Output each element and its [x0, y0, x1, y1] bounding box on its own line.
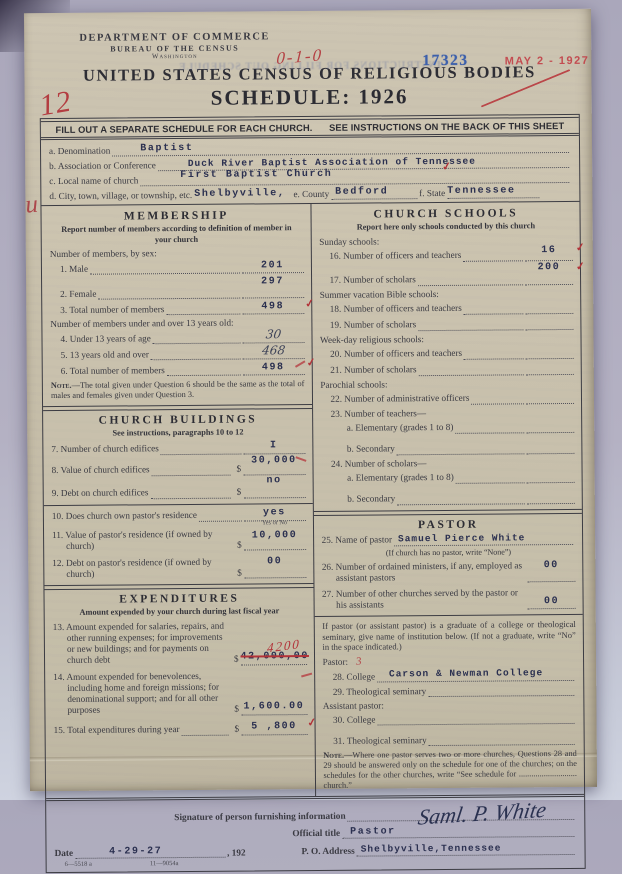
dotted-leader — [418, 318, 523, 331]
graduate-note: If pastor (or assistant pastor) is a gra… — [322, 619, 576, 652]
q26-answer: 00 — [527, 569, 575, 582]
banner-sentence-2: SEE INSTRUCTIONS ON THE BACK OF THIS SHE… — [329, 121, 564, 133]
question-3: 3. Total number of members 498 ✓ — [60, 301, 304, 316]
q25-value: Samuel Pierce White — [398, 532, 525, 545]
q24b-label: b. Secondary — [347, 494, 395, 506]
received-date-stamp: MAY 2 - 1927 — [505, 55, 590, 68]
field-d-value: Shelbyville, — [194, 188, 285, 201]
dotted-leader — [166, 303, 240, 316]
dotted-leader: First Baptist Church ✓ — [140, 171, 569, 186]
field-denomination: a. Denomination Baptist — [49, 141, 571, 157]
buildings-title: CHURCH BUILDINGS — [51, 413, 305, 427]
question-18: 18. Number of officers and teachers — [330, 301, 574, 316]
q13-money: 4200 $ 42,000,00 — [230, 652, 307, 666]
dotted-leader — [429, 733, 575, 746]
dollar-sign: $ — [234, 654, 239, 665]
dotted-leader — [455, 421, 524, 434]
red-checkmark: ✓ — [441, 160, 452, 175]
q5-label: 5. 13 years old and over — [61, 349, 149, 361]
q2-label: 2. Female — [60, 288, 96, 300]
q30-label: 30. College — [333, 714, 375, 726]
left-column: MEMBERSHIP Report number of members acco… — [41, 204, 314, 798]
q22-label: 22. Number of administrative officers — [330, 393, 469, 405]
q1-answer: 201 — [241, 260, 303, 273]
buildings-subtitle: See instructions, paragraphs 10 to 12 — [57, 427, 299, 439]
schools-group4: Parochial schools: — [320, 378, 574, 390]
question-6: 6. Total number of members 498 ✓ — [61, 362, 305, 377]
single-rule — [44, 503, 312, 506]
question-23b: b. Secondary — [347, 441, 575, 456]
q8-value: 30,000 — [243, 455, 305, 468]
schools-group2: Summer vacation Bible schools: — [320, 288, 574, 300]
q12-answer: 00 — [244, 565, 306, 578]
q14-answer: 1,600.00 — [241, 702, 307, 716]
q20-label: 20. Number of officers and teachers — [330, 348, 462, 360]
q4-value: 30 — [241, 327, 305, 342]
field-e-value: Bedford — [335, 186, 388, 199]
schools-subtitle: Report here only schools conducted by th… — [325, 221, 567, 233]
q26-value: 00 — [527, 560, 575, 573]
dotted-leader: Tennessee — [447, 186, 539, 199]
q28-value: Carson & Newman College — [389, 668, 543, 681]
q17-answer: 200 ✓ — [525, 272, 573, 285]
q1-value: 201 — [241, 260, 303, 273]
question-23-heading: 23. Number of teachers— — [331, 407, 575, 419]
field-c-value: First Baptist Church — [180, 169, 332, 182]
dotted-leader — [167, 364, 241, 377]
q15-label: 15. Total expenditures during year — [54, 724, 180, 736]
q11-money: $ 10,000 — [233, 537, 306, 551]
q20-answer — [526, 346, 574, 359]
note-word: Note. — [51, 381, 72, 390]
field-a-label: a. Denomination — [49, 145, 110, 157]
expenditures-subtitle: Amount expended by your church during la… — [59, 607, 301, 619]
dotted-leader — [377, 712, 574, 726]
q27-label: 27. Number of other churches served by t… — [322, 587, 528, 611]
red-margin-letter: u — [24, 191, 39, 220]
q4-answer: 30 — [242, 330, 304, 343]
schools-title: CHURCH SCHOOLS — [319, 207, 573, 221]
field-b-label: b. Association or Conference — [49, 160, 156, 172]
red-handwritten-code: 0-1-0 — [276, 45, 324, 69]
question-9: 9. Debt on church edifices $ no — [52, 485, 306, 500]
q12-money: $ 00 — [233, 565, 306, 579]
field-f-label: f. State — [419, 188, 445, 199]
question-21: 21. Number of scholars — [330, 362, 574, 377]
question-7: 7. Number of church edifices I — [51, 441, 305, 456]
q6-answer: 498 ✓ — [242, 362, 304, 375]
dotted-leader: Baptist — [112, 141, 569, 157]
q19-label: 19. Number of scholars — [330, 320, 416, 332]
q14-money: $ 1,600.00 — [230, 702, 307, 716]
dotted-leader: Carson & Newman College — [377, 669, 574, 683]
q8-label: 8. Value of church edifices — [52, 465, 150, 477]
dotted-leader — [161, 442, 241, 455]
q16-label: 16. Number of officers and teachers — [329, 250, 461, 262]
q17-label: 17. Number of scholars — [330, 275, 416, 287]
q7-label: 7. Number of church edifices — [51, 444, 158, 456]
q10-label: 10. Does church own pastor's residence — [52, 510, 197, 522]
schools-group3: Week-day religious schools: — [320, 333, 574, 345]
question-27: 27. Number of other churches served by t… — [322, 587, 576, 611]
question-31: 31. Theological seminary — [333, 733, 577, 747]
red-checkmark: ✓ — [575, 241, 586, 256]
q24a-label: a. Elementary (grades 1 to 8) — [347, 472, 454, 484]
membership-group1: Number of members, by sex: — [50, 247, 304, 259]
note-word: Note. — [323, 751, 344, 760]
dotted-leader — [150, 486, 230, 499]
q24a-answer — [527, 470, 575, 483]
q13-answer: 42,000,00 — [240, 652, 306, 666]
dotted-leader — [151, 348, 240, 361]
q7-value: I — [243, 440, 305, 453]
question-16: 16. Number of officers and teachers 16 ✓ — [329, 248, 573, 263]
q25-label: 25. Name of pastor — [322, 535, 393, 547]
q11-value: 10,000 — [244, 530, 306, 543]
dotted-leader — [463, 249, 523, 261]
q23b-answer — [526, 441, 574, 454]
question-2: 2. Female 297 — [60, 285, 304, 300]
single-rule — [314, 614, 582, 617]
q3-value: 498 — [242, 301, 304, 314]
membership-subtitle: Report number of members according to de… — [56, 223, 298, 246]
pastor-note: Note.—Where one pastor serves two or mor… — [323, 749, 577, 791]
question-20: 20. Number of officers and teachers — [330, 346, 574, 361]
question-24-heading: 24. Number of scholars— — [331, 457, 575, 469]
dotted-leader — [397, 492, 525, 505]
dotted-leader — [199, 509, 242, 521]
q15-value: 5 ,800 — [241, 721, 307, 734]
q21-answer — [526, 362, 574, 375]
question-22: 22. Number of administrative officers — [330, 391, 574, 406]
q6-label: 6. Total number of members — [61, 365, 165, 377]
agency-line1: DEPARTMENT OF COMMERCE — [67, 31, 282, 45]
dotted-leader — [464, 302, 524, 314]
q22-answer — [526, 391, 574, 404]
q23b-label: b. Secondary — [347, 444, 395, 456]
expenditures-title: EXPENDITURES — [53, 592, 307, 606]
scanned-form-paper: INSTRUCTIONS FOR FILLING OUT SCHEDULE 0-… — [24, 9, 597, 791]
dotted-leader — [182, 723, 229, 735]
identity-section: a. Denomination Baptist b. Association o… — [41, 136, 580, 206]
question-25: 25. Name of pastor Samuel Pierce White — [322, 533, 576, 547]
question-11: 11. Value of pastor's residence (if owne… — [52, 528, 306, 552]
q3-answer: 498 ✓ — [242, 301, 304, 314]
question-28: 28. College Carson & Newman College — [333, 669, 577, 683]
q10-answer: yes Yes or No — [243, 508, 305, 521]
q9-answer: no — [243, 485, 305, 498]
note-text: —Where one pastor serves two or more chu… — [323, 749, 577, 790]
pastor-heading-label: Pastor: — [323, 657, 349, 667]
dollar-sign: $ — [234, 704, 239, 715]
field-d-label: d. City, town, village, or township, etc… — [49, 190, 192, 202]
question-24a: a. Elementary (grades 1 to 8) — [347, 470, 575, 485]
question-23a: a. Elementary (grades 1 to 8) — [347, 420, 575, 435]
field-city-county-state: d. City, town, village, or township, etc… — [49, 186, 571, 202]
q26-label: 26. Number of ordained ministers, if any… — [322, 560, 528, 584]
red-squiggle-mark: 3 — [356, 655, 363, 668]
dotted-leader: Samuel Pierce White — [394, 533, 573, 546]
q23a-label: a. Elementary (grades 1 to 8) — [347, 422, 454, 434]
q27-value: 00 — [528, 596, 576, 609]
field-a-value: Baptist — [140, 143, 193, 156]
right-column: CHURCH SCHOOLS Report here only schools … — [310, 202, 584, 796]
question-12: 12. Debt on pastor's residence (if owned… — [52, 556, 306, 580]
dotted-leader — [456, 471, 525, 484]
q17-value: 200 — [525, 262, 573, 275]
q8-answer: 30,000 — [243, 462, 305, 475]
question-8: 8. Value of church edifices $ 30,000 — [51, 462, 305, 477]
q28-label: 28. College — [333, 671, 375, 683]
q12-label: 12. Debt on pastor's residence (if owned… — [52, 557, 233, 581]
dotted-leader — [153, 332, 240, 345]
question-14: 14. Amount expended for benevolences, in… — [53, 670, 307, 717]
q10-hint: Yes or No — [243, 519, 305, 527]
dotted-leader — [418, 363, 523, 376]
question-26: 26. Number of ordained ministers, if any… — [322, 560, 576, 584]
note-text: —The total given under Question 6 should… — [51, 379, 304, 400]
q21-label: 21. Number of scholars — [330, 365, 416, 377]
form-box: FILL OUT A SEPARATE SCHEDULE FOR EACH CH… — [40, 114, 586, 800]
question-13: 13. Amount expended for salaries, repair… — [53, 620, 307, 667]
q13-struck-value: 42,000,00 — [240, 652, 306, 665]
dotted-leader — [418, 273, 523, 286]
dollar-sign: $ — [237, 487, 242, 498]
q24b-answer — [527, 491, 575, 504]
dotted-leader — [471, 392, 524, 404]
dollar-sign: $ — [236, 464, 241, 475]
dotted-leader — [98, 287, 239, 300]
q9-label: 9. Debt on church edifices — [52, 488, 149, 500]
assistant-pastor-heading: Assistant pastor: — [323, 699, 577, 711]
question-10: 10. Does church own pastor's residence y… — [52, 508, 306, 523]
q11-label: 11. Value of pastor's residence (if owne… — [52, 528, 233, 552]
q16-answer: 16 ✓ — [525, 248, 573, 261]
agency-letterhead: DEPARTMENT OF COMMERCE BUREAU OF THE CEN… — [67, 31, 282, 62]
q7-answer: I — [243, 441, 305, 454]
question-1: 1. Male 201 — [60, 260, 304, 275]
double-rule — [43, 404, 312, 411]
q19-answer — [525, 317, 573, 330]
q18-label: 18. Number of officers and teachers — [330, 303, 462, 315]
field-c-label: c. Local name of church — [49, 175, 138, 187]
dollar-sign: $ — [237, 568, 242, 579]
dotted-leader — [397, 442, 525, 455]
dotted-leader — [152, 463, 231, 476]
q9-value: no — [243, 475, 305, 488]
dotted-leader — [428, 684, 574, 697]
q5-answer: 468 — [242, 346, 304, 359]
q18-answer — [525, 301, 573, 314]
field-f-value: Tennessee — [447, 185, 516, 198]
banner-sentence-1: FILL OUT A SEPARATE SCHEDULE FOR EACH CH… — [55, 123, 312, 135]
dotted-leader: Bedford — [331, 187, 417, 200]
q11-answer: 10,000 — [244, 537, 306, 550]
q6-value: 498 — [242, 362, 304, 375]
dollar-sign: $ — [237, 539, 242, 550]
double-rule — [313, 508, 582, 515]
q16-value: 16 — [525, 245, 573, 258]
question-17: 17. Number of scholars 200 ✓ — [330, 272, 574, 287]
q5-value: 468 — [241, 343, 305, 358]
field-e-label: e. County — [293, 189, 329, 200]
question-29: 29. Theological seminary — [333, 684, 577, 698]
q25-hint: (If church has no pastor, write “None”) — [328, 547, 570, 559]
q2-answer: 297 — [242, 285, 304, 298]
question-19: 19. Number of scholars — [330, 317, 574, 332]
two-column-body: MEMBERSHIP Report number of members acco… — [41, 202, 584, 798]
q27-answer: 00 — [528, 596, 576, 609]
q15-answer: 5 ,800 ✓ — [241, 722, 307, 736]
question-15: 15. Total expenditures during year $ 5 ,… — [54, 722, 308, 737]
membership-note: Note.—The total given under Question 6 s… — [51, 379, 305, 401]
red-checkmark: ✓ — [575, 260, 586, 275]
double-rule — [44, 583, 313, 590]
q14-value: 1,600.00 — [241, 701, 307, 714]
q12-value: 00 — [244, 556, 306, 569]
q29-label: 29. Theological seminary — [333, 686, 427, 698]
q13-label: 13. Amount expended for salaries, repair… — [53, 620, 230, 666]
q3-label: 3. Total number of members — [60, 304, 164, 316]
question-24b: b. Secondary — [347, 491, 575, 506]
pastor-heading: Pastor: 3 — [323, 654, 577, 668]
q1-label: 1. Male — [60, 263, 88, 274]
q4-label: 4. Under 13 years of age — [60, 333, 150, 345]
membership-title: MEMBERSHIP — [50, 209, 304, 223]
form-content: INSTRUCTIONS FOR FILLING OUT SCHEDULE 0-… — [24, 9, 597, 791]
q23a-answer — [526, 420, 574, 433]
q31-label: 31. Theological seminary — [333, 735, 427, 747]
pastor-title: PASTOR — [321, 518, 575, 532]
q14-label: 14. Amount expended for benevolences, in… — [53, 670, 230, 716]
question-5: 5. 13 years old and over 468 — [61, 346, 305, 361]
q2-value: 297 — [242, 276, 304, 289]
dotted-leader — [90, 262, 240, 275]
dollar-sign: $ — [234, 724, 239, 735]
question-30: 30. College — [333, 712, 577, 726]
dotted-leader — [464, 347, 524, 359]
serial-number-stamp: 17323 — [422, 52, 468, 70]
